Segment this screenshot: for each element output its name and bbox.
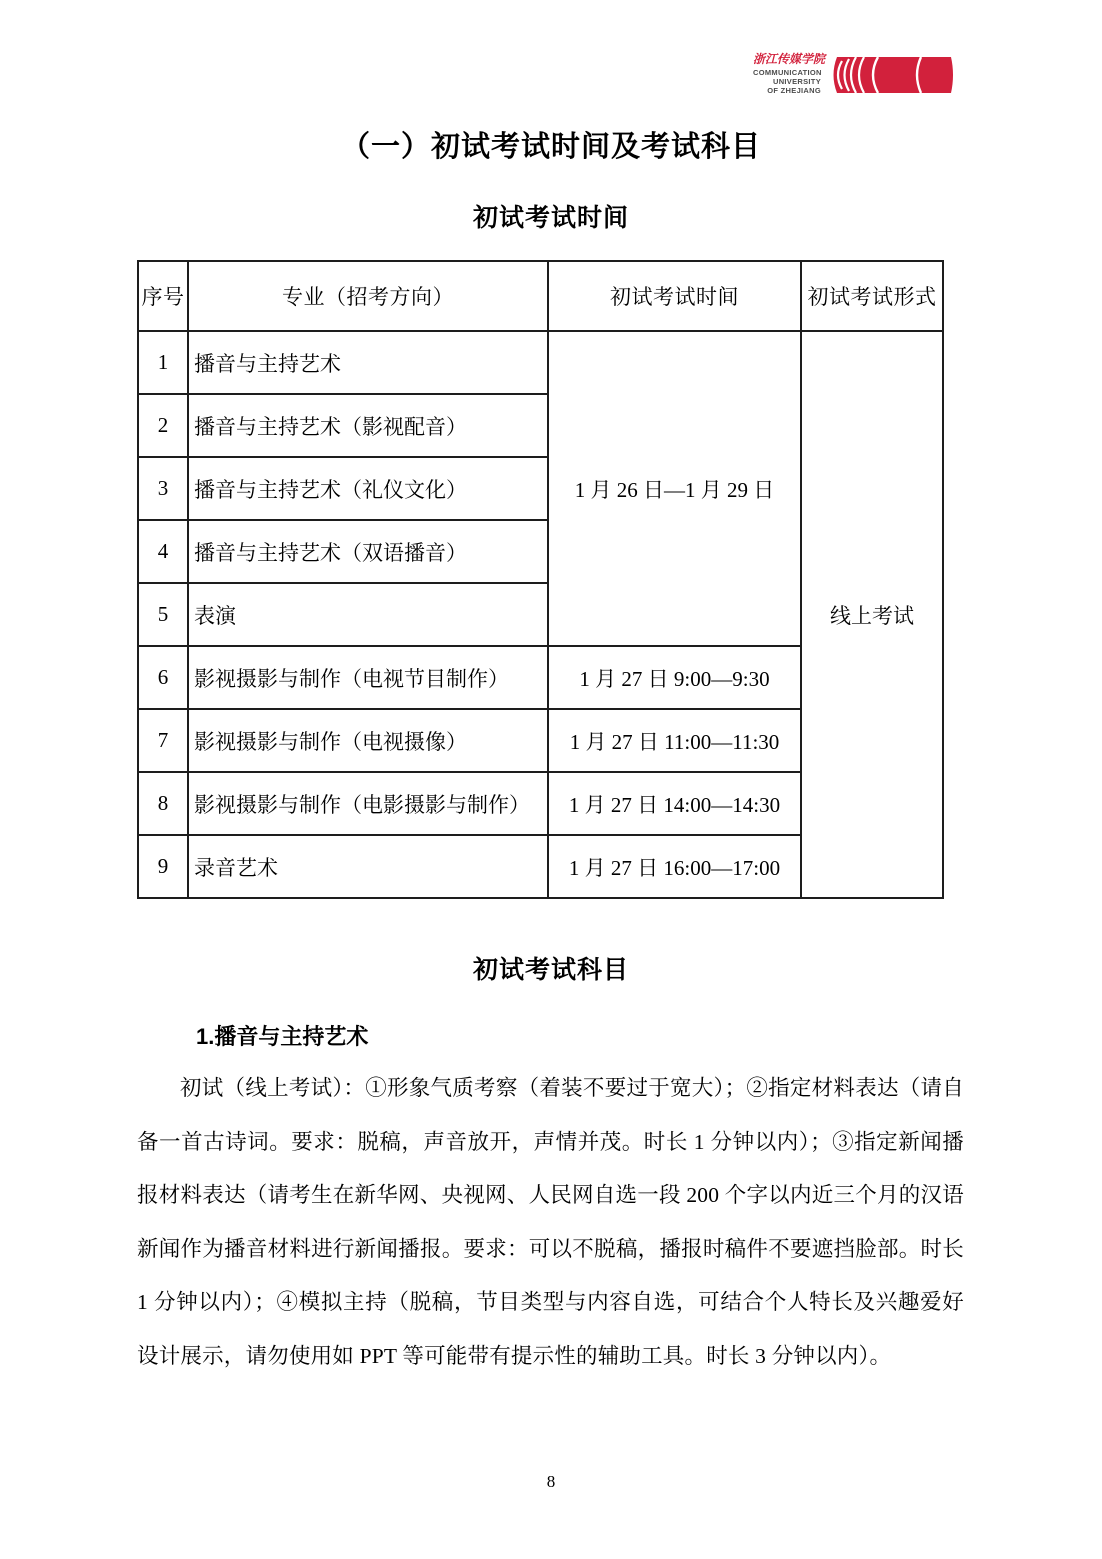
row-number-cell: 7 [138,709,188,772]
section-heading-exam-subjects: 初试考试科目 [0,950,1102,986]
subject-1-title: 1.播音与主持艺术 [196,1020,368,1051]
table-header-row: 序号 专业（招考方向） 初试考试时间 初试考试形式 [138,261,943,331]
table-row: 1 播音与主持艺术 1 月 26 日—1 月 29 日 线上考试 [138,331,943,394]
major-cell: 播音与主持艺术（礼仪文化） [188,457,548,520]
row-number-cell: 2 [138,394,188,457]
subject-1-body: 初试（线上考试）：①形象气质考察（着装不要过于宽大）；②指定材料表达（请自备一首… [137,1062,964,1383]
exam-form-merged-cell: 线上考试 [801,331,943,898]
exam-time-merged-cell: 1 月 26 日—1 月 29 日 [548,331,801,646]
major-cell: 表演 [188,583,548,646]
section-heading-exam-time: 初试考试时间 [0,198,1102,234]
exam-time-cell: 1 月 27 日 9:00—9:30 [548,646,801,709]
major-cell: 播音与主持艺术（双语播音） [188,520,548,583]
red-banner-waves-icon [829,55,955,95]
exam-time-cell: 1 月 27 日 16:00—17:00 [548,835,801,898]
header-major: 专业（招考方向） [188,261,548,331]
row-number-cell: 9 [138,835,188,898]
major-cell: 录音艺术 [188,835,548,898]
logo-english-line: OF ZHEJIANG [753,86,821,95]
major-cell: 影视摄影与制作（电视摄像） [188,709,548,772]
page-title: （一）初试考试时间及考试科目 [0,124,1102,165]
header-row-number: 序号 [138,261,188,331]
exam-schedule-table: 序号 专业（招考方向） 初试考试时间 初试考试形式 1 播音与主持艺术 1 月 … [137,260,944,899]
logo-chinese-name: 浙江传媒学院 [753,52,821,66]
logo-english-line: COMMUNICATION [753,68,821,77]
document-page: 浙江传媒学院 COMMUNICATION UNIVERSITY OF ZHEJI… [0,0,1102,1559]
page-number: 8 [0,1472,1102,1492]
major-cell: 播音与主持艺术（影视配音） [188,394,548,457]
header-exam-form: 初试考试形式 [801,261,943,331]
logo-text-block: 浙江传媒学院 COMMUNICATION UNIVERSITY OF ZHEJI… [753,52,821,95]
row-number-cell: 3 [138,457,188,520]
exam-time-cell: 1 月 27 日 14:00—14:30 [548,772,801,835]
row-number-cell: 1 [138,331,188,394]
logo-english-line: UNIVERSITY [753,77,821,86]
row-number-cell: 4 [138,520,188,583]
row-number-cell: 5 [138,583,188,646]
header-exam-time: 初试考试时间 [548,261,801,331]
university-logo: 浙江传媒学院 COMMUNICATION UNIVERSITY OF ZHEJI… [753,52,955,95]
exam-time-cell: 1 月 27 日 11:00—11:30 [548,709,801,772]
major-cell: 影视摄影与制作（电影摄影与制作） [188,772,548,835]
major-cell: 播音与主持艺术 [188,331,548,394]
logo-english-name: COMMUNICATION UNIVERSITY OF ZHEJIANG [753,68,821,95]
major-cell: 影视摄影与制作（电视节目制作） [188,646,548,709]
row-number-cell: 6 [138,646,188,709]
row-number-cell: 8 [138,772,188,835]
